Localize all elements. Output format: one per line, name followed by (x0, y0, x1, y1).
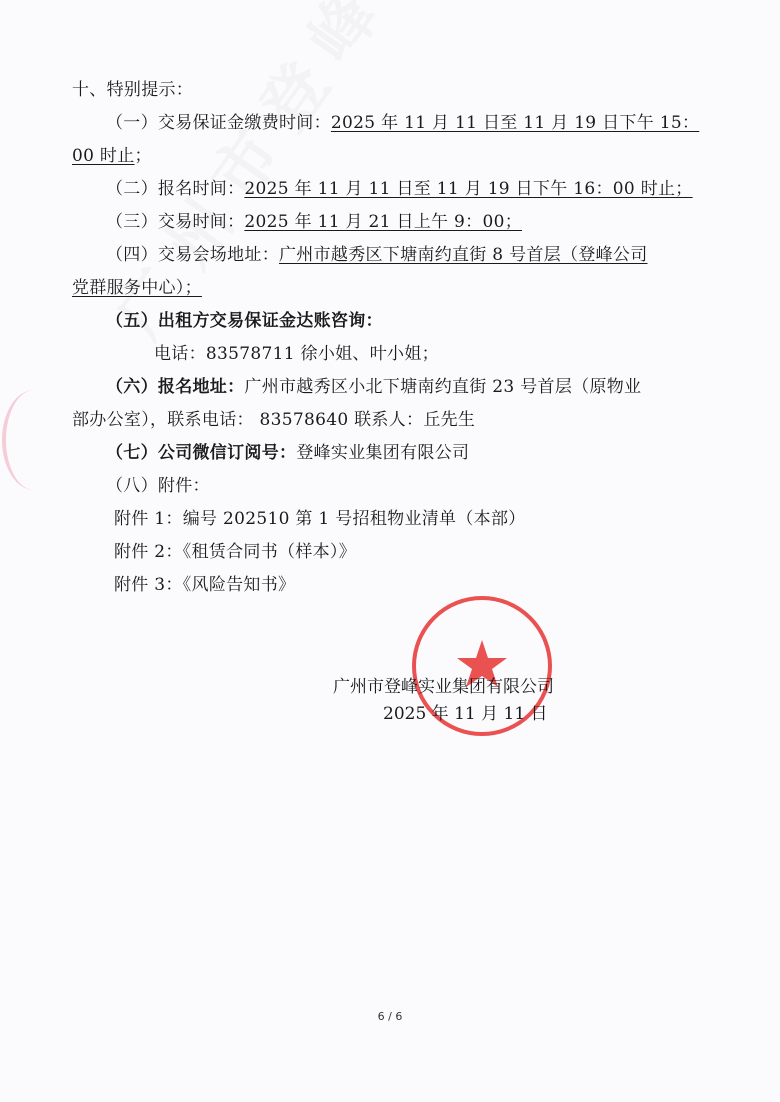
item-3-value: 2025 年 11 月 21 日上午 9：00； (244, 212, 522, 232)
item-7-label: （七）公司微信订阅号： (106, 443, 296, 463)
item-6-cont: 部办公室），联系电话： 83578640 联系人：丘先生 (72, 409, 475, 431)
item-6-label: （六）报名地址： (106, 377, 244, 397)
item-1-tail: ； (135, 146, 152, 166)
item-1-cont: 00 时止； (72, 145, 152, 167)
item-3: （三）交易时间：2025 年 11 月 21 日上午 9：00； (106, 211, 522, 233)
item-2: （二）报名时间：2025 年 11 月 11 日至 11 月 19 日下午 16… (106, 178, 693, 200)
item-1-value-cont: 00 时止 (72, 146, 135, 166)
item-1: （一）交易保证金缴费时间：2025 年 11 月 11 日至 11 月 19 日… (106, 112, 699, 134)
item-1-value: 2025 年 11 月 11 日至 11 月 19 日下午 15： (331, 113, 699, 133)
item-4-value: 广州市越秀区下塘南约直街 8 号首层（登峰公司 (279, 245, 648, 265)
attachment-3: 附件 3：《风险告知书》 (114, 574, 295, 596)
item-3-label: （三）交易时间： (106, 212, 244, 232)
item-4: （四）交易会场地址：广州市越秀区下塘南约直街 8 号首层（登峰公司 (106, 244, 648, 266)
page-number: 6 / 6 (0, 1010, 780, 1023)
attachment-2: 附件 2：《租赁合同书（样本）》 (114, 541, 356, 563)
item-6-value: 广州市越秀区小北下塘南约直街 23 号首层（原物业 (244, 377, 641, 397)
item-8-label: （八）附件： (106, 475, 210, 497)
item-5-label: （五）出租方交易保证金达账咨询： (106, 310, 383, 332)
item-4-value-cont: 党群服务中心）； (72, 278, 202, 298)
item-1-label: （一）交易保证金缴费时间： (106, 113, 331, 133)
item-2-label: （二）报名时间： (106, 179, 244, 199)
item-7-value: 登峰实业集团有限公司 (296, 443, 469, 463)
item-7: （七）公司微信订阅号：登峰实业集团有限公司 (106, 442, 469, 464)
item-2-value: 2025 年 11 月 11 日至 11 月 19 日下午 16：00 时止； (244, 179, 692, 199)
partial-seal-edge (2, 390, 66, 490)
signature-company: 广州市登峰实业集团有限公司 (333, 676, 554, 698)
watermark: 广州市登峰实业集团有限公司 (90, 0, 780, 353)
section-heading: 十、特别提示： (72, 79, 193, 101)
attachment-1: 附件 1：编号 202510 第 1 号招租物业清单（本部） (114, 508, 526, 530)
item-6: （六）报名地址：广州市越秀区小北下塘南约直街 23 号首层（原物业 (106, 376, 641, 398)
document-page: 广州市登峰实业集团有限公司 十、特别提示： （一）交易保证金缴费时间：2025 … (0, 0, 780, 1102)
item-5-detail: 电话：83578711 徐小姐、叶小姐； (154, 343, 439, 365)
item-4-label: （四）交易会场地址： (106, 245, 279, 265)
signature-date: 2025 年 11 月 11 日 (383, 703, 548, 725)
item-4-cont: 党群服务中心）； (72, 277, 202, 299)
